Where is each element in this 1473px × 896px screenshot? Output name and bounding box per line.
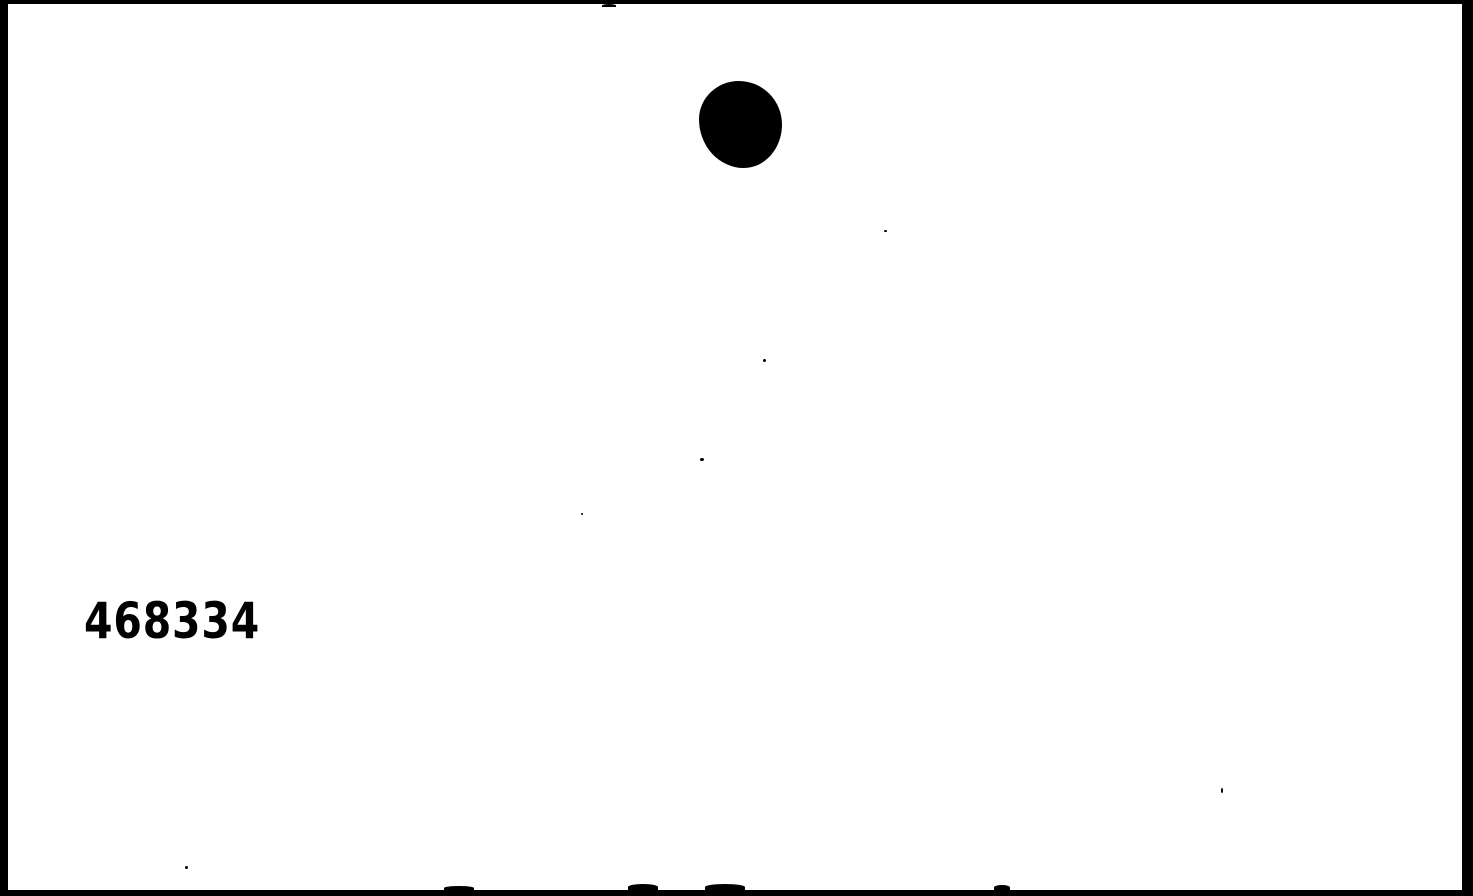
speck xyxy=(700,458,704,461)
edge-notch xyxy=(444,886,474,890)
edge-notch xyxy=(705,884,745,890)
edge-notch xyxy=(994,885,1010,890)
edge-notch xyxy=(602,4,616,7)
edge-notch xyxy=(628,884,658,890)
index-card: 468334 xyxy=(8,4,1462,890)
punch-hole xyxy=(699,81,782,168)
speck xyxy=(763,359,766,362)
speck xyxy=(185,866,188,869)
speck xyxy=(1221,788,1223,793)
speck xyxy=(581,513,583,515)
speck xyxy=(884,230,887,232)
scan-background: 468334 xyxy=(0,0,1473,896)
card-number: 468334 xyxy=(84,596,260,646)
